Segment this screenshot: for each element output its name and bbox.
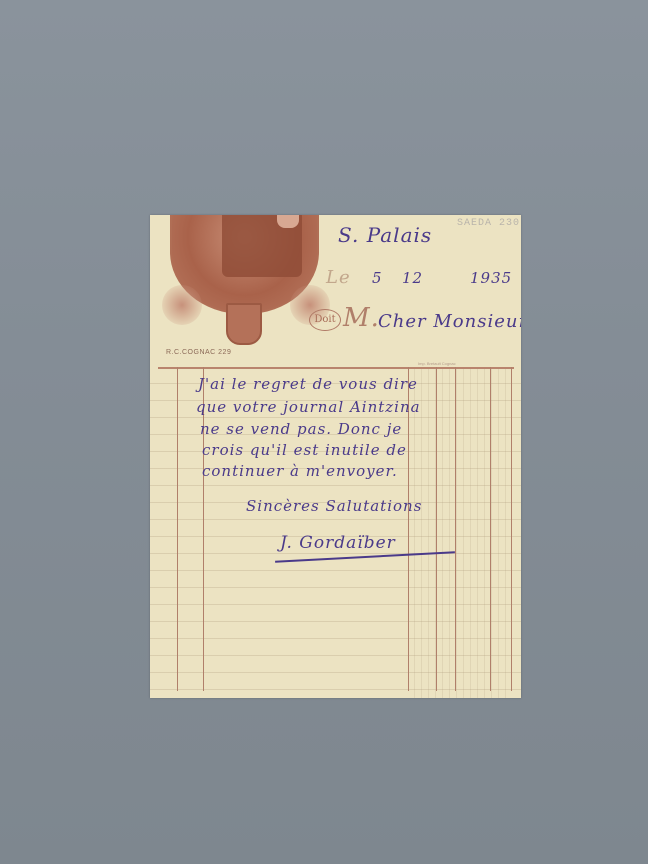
archive-stamp: SAEDA 230 [457, 218, 520, 229]
body-line-3: ne se vend pas. Donc je [200, 420, 402, 438]
column-rule [177, 367, 178, 691]
body-line-4: crois qu'il est inutile de [202, 441, 407, 459]
body-line-5: continuer à m'envoyer. [202, 462, 398, 480]
recipient-prefix: M. [343, 303, 380, 333]
column-rule [455, 367, 456, 691]
column-rule [511, 367, 512, 691]
coat-of-arms-icon [226, 303, 262, 345]
date-month: 12 [402, 269, 423, 287]
doit-label: Doit [309, 309, 341, 331]
date-year: 1935 [470, 269, 512, 287]
date-prefix: Le [326, 267, 351, 288]
place-name: S. Palais [338, 223, 432, 247]
column-rule [490, 367, 491, 691]
signature: J. Gordaïber [280, 533, 396, 553]
vine-ornament-left [162, 285, 202, 325]
glass-icon [277, 215, 299, 228]
small-print: Imp. Bretault Cognac [418, 361, 456, 366]
printer-mark: R.C.COGNAC 229 [166, 349, 231, 356]
salutation: Cher Monsieur, [378, 311, 521, 332]
date-day: 5 [372, 269, 383, 287]
letter-sheet: SAEDA 230 R.C.COGNAC 229 Imp. Bretault C… [150, 215, 521, 698]
column-rule [436, 367, 437, 691]
body-line-2: que votre journal Aintzina [196, 398, 421, 416]
table-top-rule [158, 367, 514, 369]
closing: Sincères Salutations [246, 497, 422, 515]
body-line-1: J'ai le regret de vous dire [198, 375, 418, 393]
amount-columns-grid [408, 367, 511, 698]
